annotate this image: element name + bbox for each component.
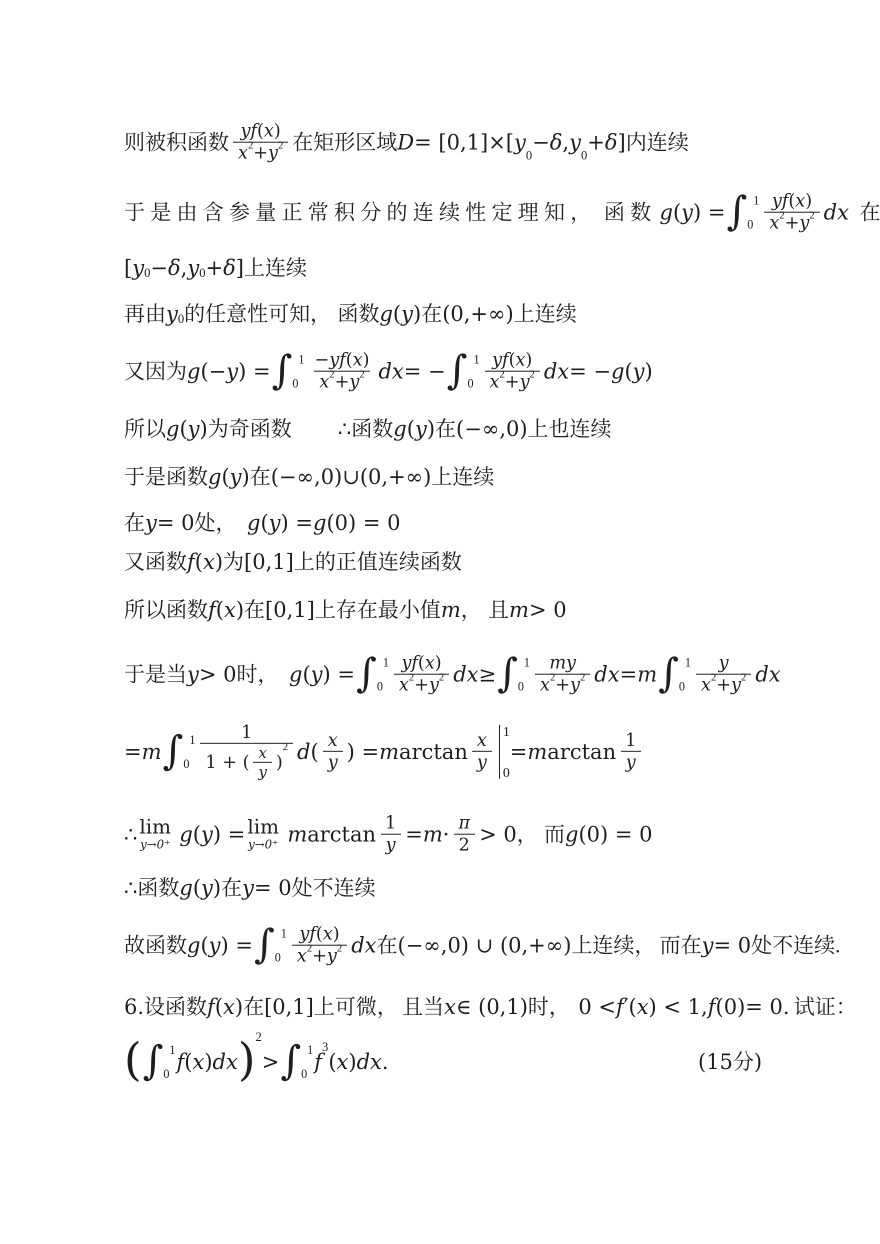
math-var: y xyxy=(269,510,281,536)
math-text: ) = xyxy=(281,510,313,536)
solution-line-odd-conclusion: 所以g(y)为奇函数∴ 函数g(y)在(−∞,0)上也连续 xyxy=(124,416,612,442)
superscript: 2 xyxy=(337,943,342,955)
integral-sign-icon: ∫ xyxy=(143,1045,164,1079)
solution-line-continuity-theorem: 于 是 由 含 参 量 正 常 积 分 的 连 续 性 定 理 知 ，函 数g(… xyxy=(124,192,880,235)
integral-sign-icon: ∫ xyxy=(356,658,377,692)
numerator: yf(x) xyxy=(236,122,286,142)
math-var: δ xyxy=(550,130,563,156)
math-text: [ xyxy=(124,255,132,281)
lower-limit: 0 xyxy=(275,952,287,964)
math-var: x xyxy=(264,122,274,142)
math-var: π xyxy=(458,814,470,834)
math-var: yf xyxy=(772,192,788,212)
math-text: ) xyxy=(276,753,283,773)
math-text: (0,+∞) xyxy=(442,301,514,327)
text-run: 上存在最小值 xyxy=(315,597,441,623)
text-run: 而 xyxy=(544,822,565,848)
math-text: ( xyxy=(216,597,224,623)
math-var: x xyxy=(224,597,236,623)
math-text: = 0 xyxy=(714,933,752,959)
problem-6-statement: 6. 设函数f(x)在[0,1]上可微，且当x ∈ (0,1)时，0 < f ′… xyxy=(124,994,857,1020)
math-text: (− xyxy=(200,359,226,385)
lower-limit: 0 xyxy=(467,378,479,390)
math-var: dx xyxy=(755,662,780,688)
math-var: x xyxy=(337,1049,349,1075)
math-var: g xyxy=(659,200,672,226)
math-var: x xyxy=(297,947,307,967)
limit-word: lim xyxy=(139,818,171,838)
text-run: 上连续 xyxy=(244,255,307,281)
math-var: d xyxy=(297,739,310,765)
document-page: 则被积函数yf(x)x2 + y2在矩形区域D = [0,1]×[y0 − δ,… xyxy=(0,0,880,1244)
math-text: ( xyxy=(393,301,401,327)
math-var: yf xyxy=(401,654,417,674)
integral-sign-icon: ∫ xyxy=(447,355,468,389)
math-var: y xyxy=(209,933,221,959)
math-text: > xyxy=(262,1049,280,1075)
math-text: ′( xyxy=(624,994,637,1020)
math-text: = xyxy=(510,739,528,765)
math-text: ) xyxy=(333,925,340,945)
math-text: ) xyxy=(274,122,281,142)
math-text: + xyxy=(716,676,731,696)
text-run: 在矩形区域 xyxy=(292,130,397,156)
math-var: x xyxy=(353,351,363,371)
text-run: 又函数 xyxy=(124,549,187,575)
denominator: 2 xyxy=(454,834,475,856)
math-text: ) xyxy=(348,1049,356,1075)
math-var: x xyxy=(238,144,248,164)
text-run: 函数 xyxy=(351,416,393,442)
math-var: x xyxy=(477,731,487,751)
math-text: ≥ xyxy=(479,662,497,688)
text-run: 而在 xyxy=(660,933,702,959)
math-text: ( xyxy=(302,662,310,688)
math-var: y xyxy=(311,662,323,688)
math-var: y xyxy=(681,200,693,226)
text-run: 在 xyxy=(243,994,264,1020)
text-run: 上连续 xyxy=(514,301,577,327)
integral-sign-icon: ∫ xyxy=(726,196,747,230)
math-var: m xyxy=(509,597,529,623)
math-var: x xyxy=(444,994,456,1020)
math-text: ) xyxy=(200,416,208,442)
upper-limit: 1 xyxy=(307,1044,313,1056)
limit-word: lim xyxy=(247,818,279,838)
text-run: 且 xyxy=(488,597,509,623)
math-text: > 0 xyxy=(479,822,517,848)
math-var: y xyxy=(268,144,278,164)
fraction: yx2 + y2 xyxy=(696,654,751,697)
text-run: 处不连续 xyxy=(292,875,376,901)
math-var: g xyxy=(565,822,578,848)
text-run: 函 数 xyxy=(604,200,651,226)
math-text: 1 + ( xyxy=(205,753,249,773)
math-text: − xyxy=(150,255,168,281)
math-var: g xyxy=(393,416,406,442)
math-var: y xyxy=(328,753,338,773)
numerator: x xyxy=(323,731,343,751)
text-run: 在 xyxy=(435,416,456,442)
superscript: 2 xyxy=(359,369,364,381)
score-label: (15 分) xyxy=(698,1049,762,1075)
denominator: x2 + y2 xyxy=(535,674,590,696)
superscript: 2 xyxy=(500,369,505,381)
math-text: ) xyxy=(435,654,442,674)
integral: ∫10 xyxy=(497,657,530,693)
text-run: 在 xyxy=(250,464,271,490)
math-text: 0 < xyxy=(578,994,616,1020)
numerator: − yf(x) xyxy=(309,351,374,371)
math-text: + xyxy=(505,373,520,393)
math-var: δ xyxy=(605,130,618,156)
numerator: 1 xyxy=(380,814,401,834)
math-var: m xyxy=(142,739,162,765)
fraction: yf(x)x2 + y2 xyxy=(233,122,288,165)
lower-limit: 0 xyxy=(518,681,530,693)
upper-limit: 1 xyxy=(473,354,479,366)
limit: limy→0⁺ xyxy=(139,818,171,852)
math-var: dx xyxy=(594,662,619,688)
math-var: y xyxy=(132,255,144,281)
math-text: ) xyxy=(235,994,243,1020)
math-text: = − xyxy=(404,359,446,385)
math-text: ∴ xyxy=(124,875,137,901)
math-var: y xyxy=(569,130,581,156)
text-run: 时， xyxy=(237,662,279,688)
solution-line-arbitrary-y0: 再由y0的任意性可知，函数g(y)在(0,+∞)上连续 xyxy=(124,301,577,327)
math-var: my xyxy=(549,654,576,674)
math-text: ( xyxy=(257,122,264,142)
math-text: (−∞,0) xyxy=(456,416,528,442)
math-text: ( xyxy=(509,351,516,371)
math-var: f xyxy=(208,597,216,623)
upper-limit: 1 xyxy=(685,657,691,669)
math-var: δ xyxy=(223,255,236,281)
superscript: 2 xyxy=(248,140,253,152)
math-var: y xyxy=(166,301,178,327)
numerator: yf(x) xyxy=(487,351,537,371)
solution-line-minimum-m: 所以函数f(x)在[0,1]上存在最小值m，且m > 0 xyxy=(124,597,567,623)
fraction: xy xyxy=(472,731,492,774)
math-var: x xyxy=(795,192,805,212)
text-run: 上的正值连续函数 xyxy=(294,549,462,575)
math-var: y xyxy=(429,676,439,696)
math-text: = 0 xyxy=(157,510,195,536)
superscript: 2 xyxy=(530,369,535,381)
solution-line-at-zero: 在y = 0处，g(y) = g(0) = 0 xyxy=(124,510,401,536)
integral-sign-icon: ∫ xyxy=(280,1045,301,1079)
denominator: x2 + y2 xyxy=(696,674,751,696)
math-var: m xyxy=(441,597,461,623)
denominator: x2 + y2 xyxy=(764,212,819,234)
superscript: 2 xyxy=(255,1030,261,1046)
limit: limy→0⁺ xyxy=(247,818,279,852)
math-var: f xyxy=(207,994,215,1020)
math-var: x xyxy=(425,654,435,674)
fraction: 1y xyxy=(380,814,401,857)
text-run: 所以函数 xyxy=(124,597,208,623)
integral-limits: 10 xyxy=(276,928,287,964)
math-var: yf xyxy=(299,925,315,945)
upper-limit: 1 xyxy=(169,1044,175,1056)
math-text: + xyxy=(253,144,268,164)
math-var: f xyxy=(314,1049,322,1075)
math-text: ∈ (0,1) xyxy=(456,994,528,1020)
integral-limits: 10 xyxy=(302,1044,313,1080)
math-text: ( xyxy=(624,359,632,385)
integral-limits: 10 xyxy=(184,734,195,770)
math-var: y xyxy=(327,947,337,967)
math-var: x xyxy=(223,994,235,1020)
integral-limits: 10 xyxy=(468,354,479,390)
math-text: ( xyxy=(195,549,203,575)
solution-line-interval-continuous: [y0 − δ, y0 + δ]上连续 xyxy=(124,255,307,281)
superscript: 2 xyxy=(741,672,746,684)
math-text: ) xyxy=(427,416,435,442)
text-run: 试证： xyxy=(794,994,857,1020)
text-run: 在 xyxy=(859,200,880,226)
fraction: − yf(x)x2 + y2 xyxy=(309,351,374,394)
integral: ∫10 xyxy=(726,195,759,231)
text-run: 于 是 由 含 参 量 正 常 积 分 的 连 续 性 定 理 知 ， xyxy=(124,200,591,226)
text-run: 且当 xyxy=(402,994,444,1020)
math-var: y xyxy=(626,753,636,773)
superscript: 3 xyxy=(322,1040,328,1056)
math-var: δ xyxy=(168,255,181,281)
numerator: x xyxy=(472,731,492,751)
math-text: ( xyxy=(316,925,323,945)
math-text: = − xyxy=(569,359,611,385)
text-run: 处， xyxy=(195,510,237,536)
solution-line-inequality-chain: 于是当y > 0时，g(y) = ∫10yf(x)x2 + y2dx ≥ ∫10… xyxy=(124,654,781,697)
math-var: m xyxy=(637,662,657,688)
math-var: y xyxy=(258,764,266,781)
math-text: (0)= 0. xyxy=(716,994,790,1020)
upper-limit: 1 xyxy=(753,195,759,207)
math-var: y xyxy=(230,464,242,490)
integral: ∫10 xyxy=(163,734,196,770)
math-text: ( xyxy=(788,192,795,212)
text-run: 在 xyxy=(221,875,242,901)
math-text: 1 xyxy=(241,723,252,743)
math-var: g xyxy=(289,662,302,688)
math-var: y xyxy=(719,654,729,674)
numerator: 1 xyxy=(236,723,257,743)
integral: ∫10 xyxy=(143,1044,176,1080)
math-var: y xyxy=(386,836,396,856)
math-text: + xyxy=(414,676,429,696)
text-run: 函数 xyxy=(337,301,379,327)
math-var: dx xyxy=(213,1049,238,1075)
math-text: ( xyxy=(184,1049,192,1075)
integral-sign-icon: ∫ xyxy=(497,658,518,692)
math-var: dx xyxy=(453,662,478,688)
math-var: y xyxy=(188,416,200,442)
lower-limit: 0 xyxy=(163,1068,175,1080)
math-var: x xyxy=(490,373,500,393)
text-run: 故函数 xyxy=(124,933,187,959)
fraction: myx2 + y2 xyxy=(535,654,590,697)
math-var: x xyxy=(258,745,266,762)
math-var: g xyxy=(187,933,200,959)
denominator: x2 + y2 xyxy=(233,142,288,164)
text-run: 又因为 xyxy=(124,359,187,385)
math-var: x xyxy=(193,1049,205,1075)
integral-sign-icon: ∫ xyxy=(254,929,275,963)
math-text: + xyxy=(335,373,350,393)
text-run: 时， xyxy=(528,994,570,1020)
numerator: 1 xyxy=(620,731,641,751)
math-var: yf xyxy=(492,351,508,371)
solution-line-odd-function-identity: 又因为g(−y) = ∫10− yf(x)x2 + y2dx = −∫10yf(… xyxy=(124,351,653,394)
math-text: 6. xyxy=(124,994,144,1020)
text-run: 所以 xyxy=(124,416,166,442)
math-text: arctan xyxy=(547,739,616,765)
upper-limit: 1 xyxy=(189,734,195,746)
math-text: = xyxy=(405,822,423,848)
numerator: yf(x) xyxy=(767,192,817,212)
math-text: ) xyxy=(525,351,532,371)
math-var: y xyxy=(415,416,427,442)
limit-subscript: y→0⁺ xyxy=(248,840,278,852)
math-text: ) = xyxy=(213,822,245,848)
math-text: = xyxy=(620,662,638,688)
bar-upper-limit: 1 xyxy=(503,725,510,739)
math-var: y xyxy=(799,214,809,234)
math-text: = [0,1]×[ xyxy=(414,130,514,156)
math-text: (−∞,0)∪(0,+∞) xyxy=(271,464,432,490)
math-var: y xyxy=(187,255,199,281)
math-text: ( xyxy=(200,933,208,959)
upper-limit: 1 xyxy=(298,354,304,366)
lower-limit: 0 xyxy=(301,1068,313,1080)
fraction: yf(x)x2 + y2 xyxy=(394,654,449,697)
integral-limits: 10 xyxy=(293,354,304,390)
denominator: y xyxy=(381,834,401,856)
solution-line-union-continuous: 于是函数g(y)在(−∞,0)∪(0,+∞)上连续 xyxy=(124,464,494,490)
math-var: y xyxy=(401,301,413,327)
bar-lower-limit: 0 xyxy=(503,765,510,779)
lower-limit: 0 xyxy=(747,219,759,231)
math-text: ) xyxy=(754,1049,762,1075)
text-run: 上连续， xyxy=(571,933,655,959)
math-var: y xyxy=(731,676,741,696)
numerator: yf(x) xyxy=(294,925,344,945)
math-text: [0,1] xyxy=(265,597,315,623)
superscript: 2 xyxy=(278,140,283,152)
math-var: f xyxy=(177,1049,185,1075)
text-run: 在 xyxy=(421,301,442,327)
math-var: y xyxy=(349,373,359,393)
solution-line-limit-positive: ∴ limy→0⁺g(y) = limy→0⁺m arctan 1y = m ·… xyxy=(124,814,653,857)
math-text: ( xyxy=(328,1049,336,1075)
math-var: y xyxy=(226,359,238,385)
math-var: m xyxy=(287,822,307,848)
math-var: g xyxy=(379,301,392,327)
math-var: y xyxy=(477,753,487,773)
integral-limits: 10 xyxy=(519,657,530,693)
math-text: > 0 xyxy=(199,662,237,688)
math-var: g xyxy=(313,510,326,536)
math-text: ∴ xyxy=(124,822,137,848)
fraction: 11 + (xy)2 xyxy=(200,723,293,781)
text-run: 函数 xyxy=(137,875,179,901)
solution-line-discontinuous-at-zero: ∴ 函数g(y)在y = 0处不连续 xyxy=(124,875,376,901)
eval-bar: 10 xyxy=(499,725,510,780)
math-var: x xyxy=(203,549,215,575)
text-run: 于是函数 xyxy=(124,464,208,490)
math-var: yf xyxy=(241,122,257,142)
fraction: yf(x)x2 + y2 xyxy=(292,925,347,968)
math-text: + xyxy=(312,947,327,967)
text-run: 上可微， xyxy=(314,994,398,1020)
math-text: + xyxy=(587,130,605,156)
math-text: ( xyxy=(193,875,201,901)
text-run: 上也连续 xyxy=(528,416,612,442)
denominator: y xyxy=(472,751,492,773)
numerator: yf(x) xyxy=(396,654,446,674)
math-text: ( xyxy=(310,739,318,765)
math-text: ( xyxy=(179,416,187,442)
solution-line-f-positive: 又函数f(x)为[0,1]上的正值连续函数 xyxy=(124,549,462,575)
math-var: y xyxy=(242,875,254,901)
math-text: ( xyxy=(673,200,681,226)
solution-line-arctan-evaluation: = m∫1011 + (xy)2d(xy) = m arctan xy10 = … xyxy=(124,723,645,781)
denominator: x2 + y2 xyxy=(292,945,347,967)
math-var: g xyxy=(179,875,192,901)
math-var: x xyxy=(319,373,329,393)
text-run: ， xyxy=(461,597,482,623)
text-run: 分 xyxy=(733,1049,754,1075)
fraction: xy xyxy=(323,731,343,774)
math-var: y xyxy=(201,822,213,848)
math-var: dx xyxy=(544,359,569,385)
math-text: + xyxy=(555,676,570,696)
text-run: 为奇函数 xyxy=(208,416,292,442)
math-var: x xyxy=(515,351,525,371)
math-text: ) xyxy=(242,464,250,490)
math-text: arctan xyxy=(399,739,468,765)
integral: ∫10 xyxy=(447,354,480,390)
integral: ∫10 xyxy=(254,928,287,964)
integral-limits: 10 xyxy=(748,195,759,231)
math-text: ) xyxy=(236,597,244,623)
math-text: ) xyxy=(805,192,812,212)
integral: ∫10 xyxy=(356,657,389,693)
integral-sign-icon: ∫ xyxy=(272,355,293,389)
math-var: y xyxy=(520,373,530,393)
text-run: 内连续 xyxy=(626,130,689,156)
denominator: x2 + y2 xyxy=(485,371,540,393)
math-var: g xyxy=(611,359,624,385)
text-run: ， xyxy=(517,822,538,848)
math-var: x xyxy=(323,925,333,945)
text-run: 在 xyxy=(124,510,145,536)
math-text: + xyxy=(785,214,800,234)
lower-limit: 0 xyxy=(292,378,304,390)
superscript: 2 xyxy=(283,741,288,753)
math-var: dx xyxy=(351,933,376,959)
problem-6-formula: (∫10f(x)dx)2 > ∫10f3(x)dx . xyxy=(124,1044,389,1080)
superscript: 2 xyxy=(809,210,814,222)
math-text: (0) = 0 xyxy=(578,822,652,848)
math-var: m xyxy=(379,739,399,765)
integral-limits: 10 xyxy=(680,657,691,693)
math-text: ( xyxy=(346,351,353,371)
integral: ∫10 xyxy=(658,657,691,693)
math-text: ) xyxy=(215,549,223,575)
